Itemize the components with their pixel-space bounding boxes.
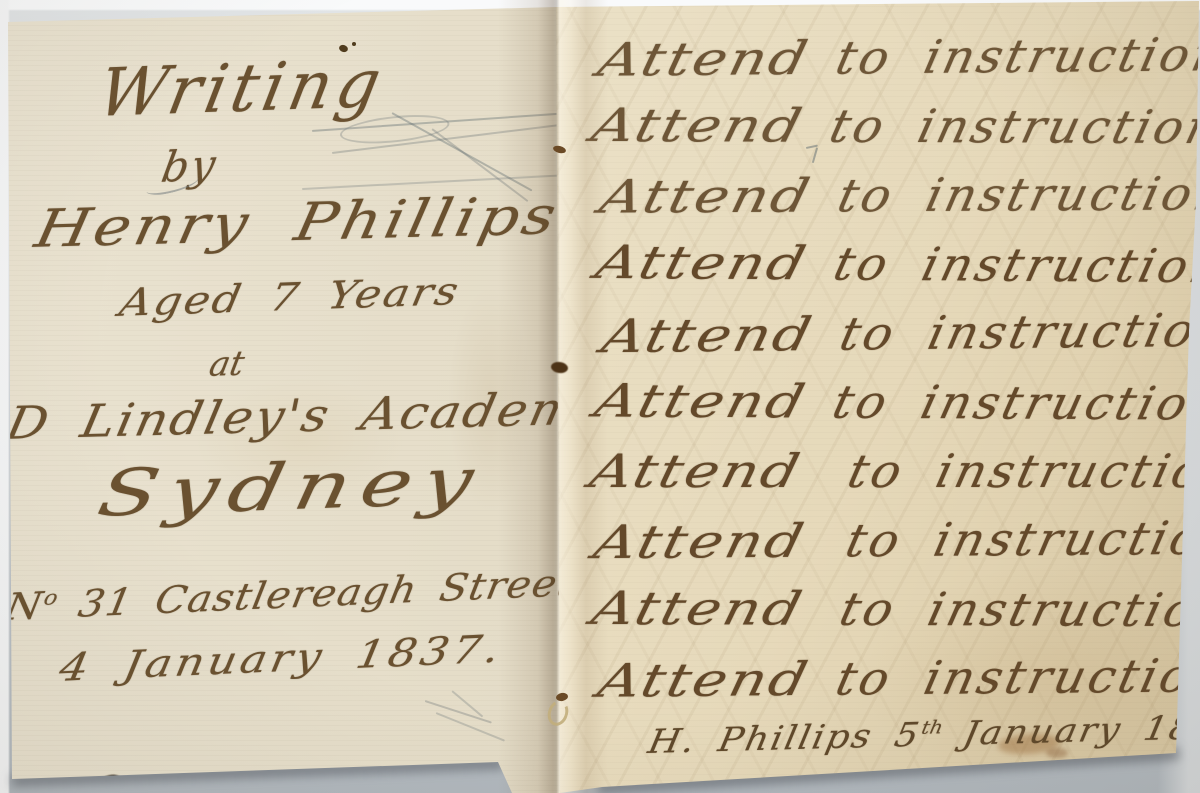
practice-line: Attendto instruction xyxy=(586,577,1200,648)
at-word: at xyxy=(206,344,248,385)
pencil-scribble xyxy=(392,112,533,191)
copybook-scan: Writing by Henry Phillips Aged 7 Years a… xyxy=(0,0,1200,793)
practice-line: Attendto instruction xyxy=(584,440,1200,509)
address-line: No 31 Castlereagh Street xyxy=(2,561,579,629)
practice-word-rest: to instruction. xyxy=(832,162,1200,226)
practice-line: Attendto instruction. xyxy=(596,299,1200,375)
pencil-scribble xyxy=(425,700,492,724)
signature-rest: January 1837 xyxy=(937,706,1200,753)
date-line: 4 January 1837. xyxy=(56,626,507,690)
practice-word-rest: to instruction. xyxy=(827,371,1200,435)
address-rest: 31 Castlereagh Street xyxy=(52,561,579,627)
pencil-scribble xyxy=(451,690,483,717)
practice-line: Attendto instruction. xyxy=(589,369,1200,441)
practice-word-rest: to instruction. xyxy=(834,298,1200,364)
city-line: Sydney xyxy=(92,444,490,532)
pencil-scribble xyxy=(332,124,559,154)
page-title: Writing xyxy=(92,44,392,132)
practice-word-rest: to instruction. xyxy=(824,95,1200,158)
author-name: Henry Phillips xyxy=(30,186,565,260)
practice-word-rest: to instruction xyxy=(834,578,1200,641)
practice-line: Attendto instruction. xyxy=(594,162,1200,234)
practice-line: Attendto instruction. xyxy=(586,94,1200,165)
practice-line: Attendto instruction xyxy=(588,507,1200,580)
practice-word-rest: to instruction xyxy=(842,440,1200,502)
practice-word-rest: to instruction. xyxy=(830,23,1200,89)
practice-lines: Attendto instruction. Attendto instructi… xyxy=(592,26,1200,716)
practice-word-rest: to instruction. xyxy=(828,233,1200,298)
practice-word-rest: to instruction xyxy=(840,507,1200,572)
address-prefix: N xyxy=(2,584,47,629)
practice-word-rest: to instruction. xyxy=(830,644,1200,710)
practice-line: Attendto instruction. xyxy=(592,644,1200,718)
practice-line: Attendto instruction. xyxy=(592,23,1200,97)
academy-line: D Lindley's Academy xyxy=(2,381,616,450)
practice-line: Attendto instruction. xyxy=(590,231,1200,304)
pencil-scribble xyxy=(436,712,505,742)
age-line: Aged 7 Years xyxy=(116,269,464,325)
byline: by xyxy=(158,140,221,192)
signature-prefix: H. Phillips 5 xyxy=(645,715,925,761)
